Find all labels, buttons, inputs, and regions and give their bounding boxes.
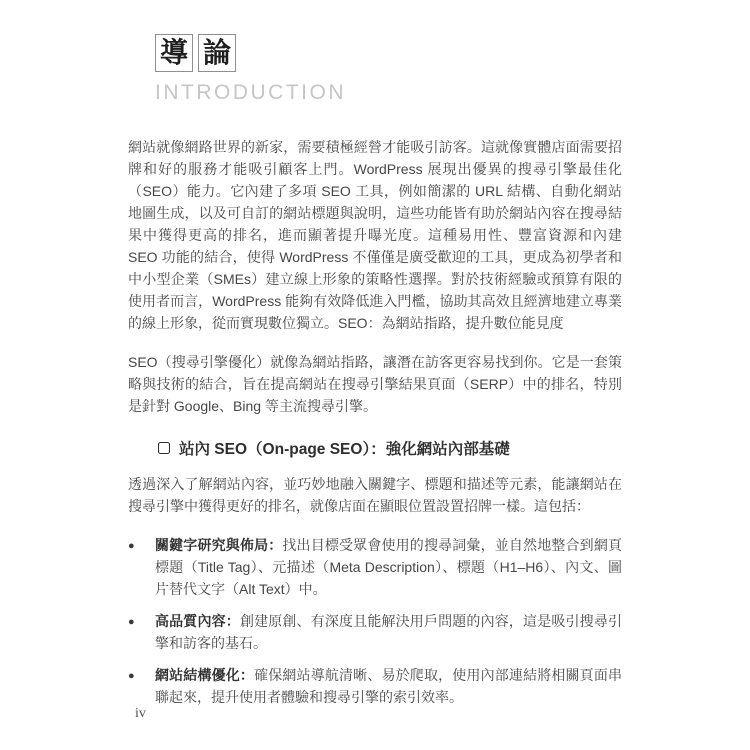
list-item: 高品質內容：創建原創、有深度且能解決用戶問題的內容，這是吸引搜尋引擎和訪客的基石… <box>128 610 622 654</box>
list-item: 關鍵字研究與佈局：找出目標受眾會使用的搜尋詞彙，並自然地整合到網頁標題（Titl… <box>128 534 622 600</box>
chapter-header: 導 論 INTRODUCTION <box>155 34 346 105</box>
bullet-label: 關鍵字研究與佈局： <box>155 537 282 553</box>
section-intro-paragraph: 透過深入了解網站內容，並巧妙地融入關鍵字、標題和描述等元素，能讓網站在搜尋引擎中… <box>128 473 622 517</box>
bullet-dot-icon <box>128 534 155 600</box>
bullet-content: 高品質內容：創建原創、有深度且能解決用戶問題的內容，這是吸引搜尋引擎和訪客的基石… <box>155 610 622 654</box>
chapter-title-char-2: 論 <box>198 34 236 72</box>
chapter-title-char-1: 導 <box>155 34 193 72</box>
section-heading: 站內 SEO（On-page SEO）：強化網站內部基礎 <box>158 437 622 459</box>
square-outline-icon <box>158 442 170 454</box>
bullet-dot-icon <box>128 610 155 654</box>
bullet-dot-icon <box>128 664 155 708</box>
chapter-subtitle-english: INTRODUCTION <box>155 81 346 105</box>
book-page: 導 論 INTRODUCTION 網站就像網路世界的新家，需要積極經營才能吸引訪… <box>0 0 750 750</box>
intro-paragraph-2: SEO（搜尋引擎優化）就像為網站指路，讓潛在訪客更容易找到你。它是一套策略與技術… <box>128 351 622 417</box>
bullet-label: 高品質內容： <box>155 613 240 629</box>
bullet-label: 網站結構優化： <box>155 667 254 683</box>
intro-paragraph-1: 網站就像網路世界的新家，需要積極經營才能吸引訪客。這就像實體店面需要招牌和好的服… <box>128 136 622 334</box>
bullet-list: 關鍵字研究與佈局：找出目標受眾會使用的搜尋詞彙，並自然地整合到網頁標題（Titl… <box>128 534 622 708</box>
page-body: 網站就像網路世界的新家，需要積極經營才能吸引訪客。這就像實體店面需要招牌和好的服… <box>128 136 622 718</box>
page-number: iv <box>135 706 146 722</box>
chapter-title: 導 論 <box>155 34 346 72</box>
bullet-content: 關鍵字研究與佈局：找出目標受眾會使用的搜尋詞彙，並自然地整合到網頁標題（Titl… <box>155 534 622 600</box>
bullet-content: 網站結構優化：確保網站導航清晰、易於爬取，使用內部連結將相關頁面串聯起來，提升使… <box>155 664 622 708</box>
list-item: 網站結構優化：確保網站導航清晰、易於爬取，使用內部連結將相關頁面串聯起來，提升使… <box>128 664 622 708</box>
section-heading-text: 站內 SEO（On-page SEO）：強化網站內部基礎 <box>179 437 510 459</box>
